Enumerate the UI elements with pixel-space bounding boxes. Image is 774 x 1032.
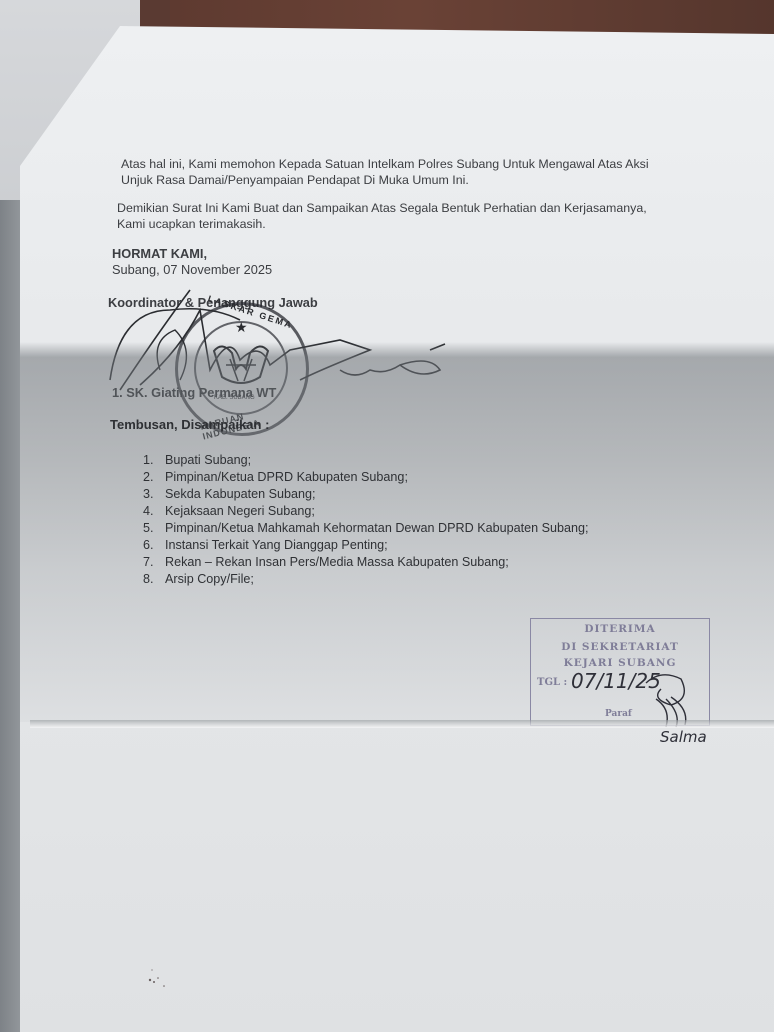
tembusan-item-text: Pimpinan/Ketua Mahkamah Kehormatan Dewan… (165, 521, 589, 535)
tembusan-item: 7.Rekan – Rekan Insan Pers/Media Massa K… (143, 554, 589, 571)
tembusan-item-number: 4. (143, 503, 165, 520)
tembusan-item-number: 6. (143, 537, 165, 554)
tembusan-item: 1.Bupati Subang; (143, 452, 589, 469)
tembusan-item-text: Instansi Terkait Yang Dianggap Penting; (165, 538, 388, 552)
tembusan-item-text: Pimpinan/Ketua DPRD Kabupaten Subang; (165, 470, 408, 484)
tembusan-item-text: Kejaksaan Negeri Subang; (165, 504, 315, 518)
tembusan-item: 4.Kejaksaan Negeri Subang; (143, 503, 589, 520)
tembusan-heading: Tembusan, Disampaikan : (110, 417, 269, 433)
tembusan-item: 5.Pimpinan/Ketua Mahkamah Kehormatan Dew… (143, 520, 589, 537)
tembusan-list: 1.Bupati Subang;2.Pimpinan/Ketua DPRD Ka… (143, 452, 589, 588)
tembusan-item-text: Sekda Kabupaten Subang; (165, 487, 316, 501)
stamp-line-3: KEJARI SUBANG (531, 657, 709, 669)
tembusan-item-number: 1. (143, 452, 165, 469)
body-paragraph-1-line-1: Atas hal ini, Kami memohon Kepada Satuan… (121, 156, 649, 172)
tembusan-item-text: Arsip Copy/File; (165, 572, 254, 586)
tembusan-item: 3.Sekda Kabupaten Subang; (143, 486, 589, 503)
tembusan-item: 6.Instansi Terkait Yang Dianggap Penting… (143, 537, 589, 554)
body-paragraph-1-line-2: Unjuk Rasa Damai/Penyampaian Pendapat Di… (121, 172, 649, 188)
salutation: HORMAT KAMI, (112, 246, 272, 262)
body-paragraph-2-line-1: Demikian Surat Ini Kami Buat dan Sampaik… (117, 200, 647, 216)
tembusan-item: 8.Arsip Copy/File; (143, 571, 589, 588)
tembusan-item-number: 2. (143, 469, 165, 486)
received-stamp: DITERIMA DI SEKRETARIAT KEJARI SUBANG TG… (530, 618, 710, 726)
tembusan-item-number: 7. (143, 554, 165, 571)
tembusan-item-number: 3. (143, 486, 165, 503)
tembusan-item-text: Rekan – Rekan Insan Pers/Media Massa Kab… (165, 555, 509, 569)
tembusan-item-number: 5. (143, 520, 165, 537)
body-paragraph-1: Atas hal ini, Kami memohon Kepada Satuan… (121, 156, 649, 188)
paper-fold-line (30, 720, 774, 728)
stamp-line-2: DI SEKRETARIAT (531, 641, 709, 653)
tembusan-item: 2.Pimpinan/Ketua DPRD Kabupaten Subang; (143, 469, 589, 486)
stamp-line-1: DITERIMA (531, 623, 709, 635)
stamp-paraf-label: Paraf (605, 709, 632, 719)
receiver-name: Salma (660, 728, 707, 746)
paper-stain-specks (140, 960, 180, 1000)
body-paragraph-2: Demikian Surat Ini Kami Buat dan Sampaik… (117, 200, 647, 232)
tembusan-item-text: Bupati Subang; (165, 453, 251, 467)
tembusan-item-number: 8. (143, 571, 165, 588)
stamp-date-label: TGL : (537, 677, 567, 688)
body-paragraph-2-line-2: Kami ucapkan terimakasih. (117, 216, 647, 232)
